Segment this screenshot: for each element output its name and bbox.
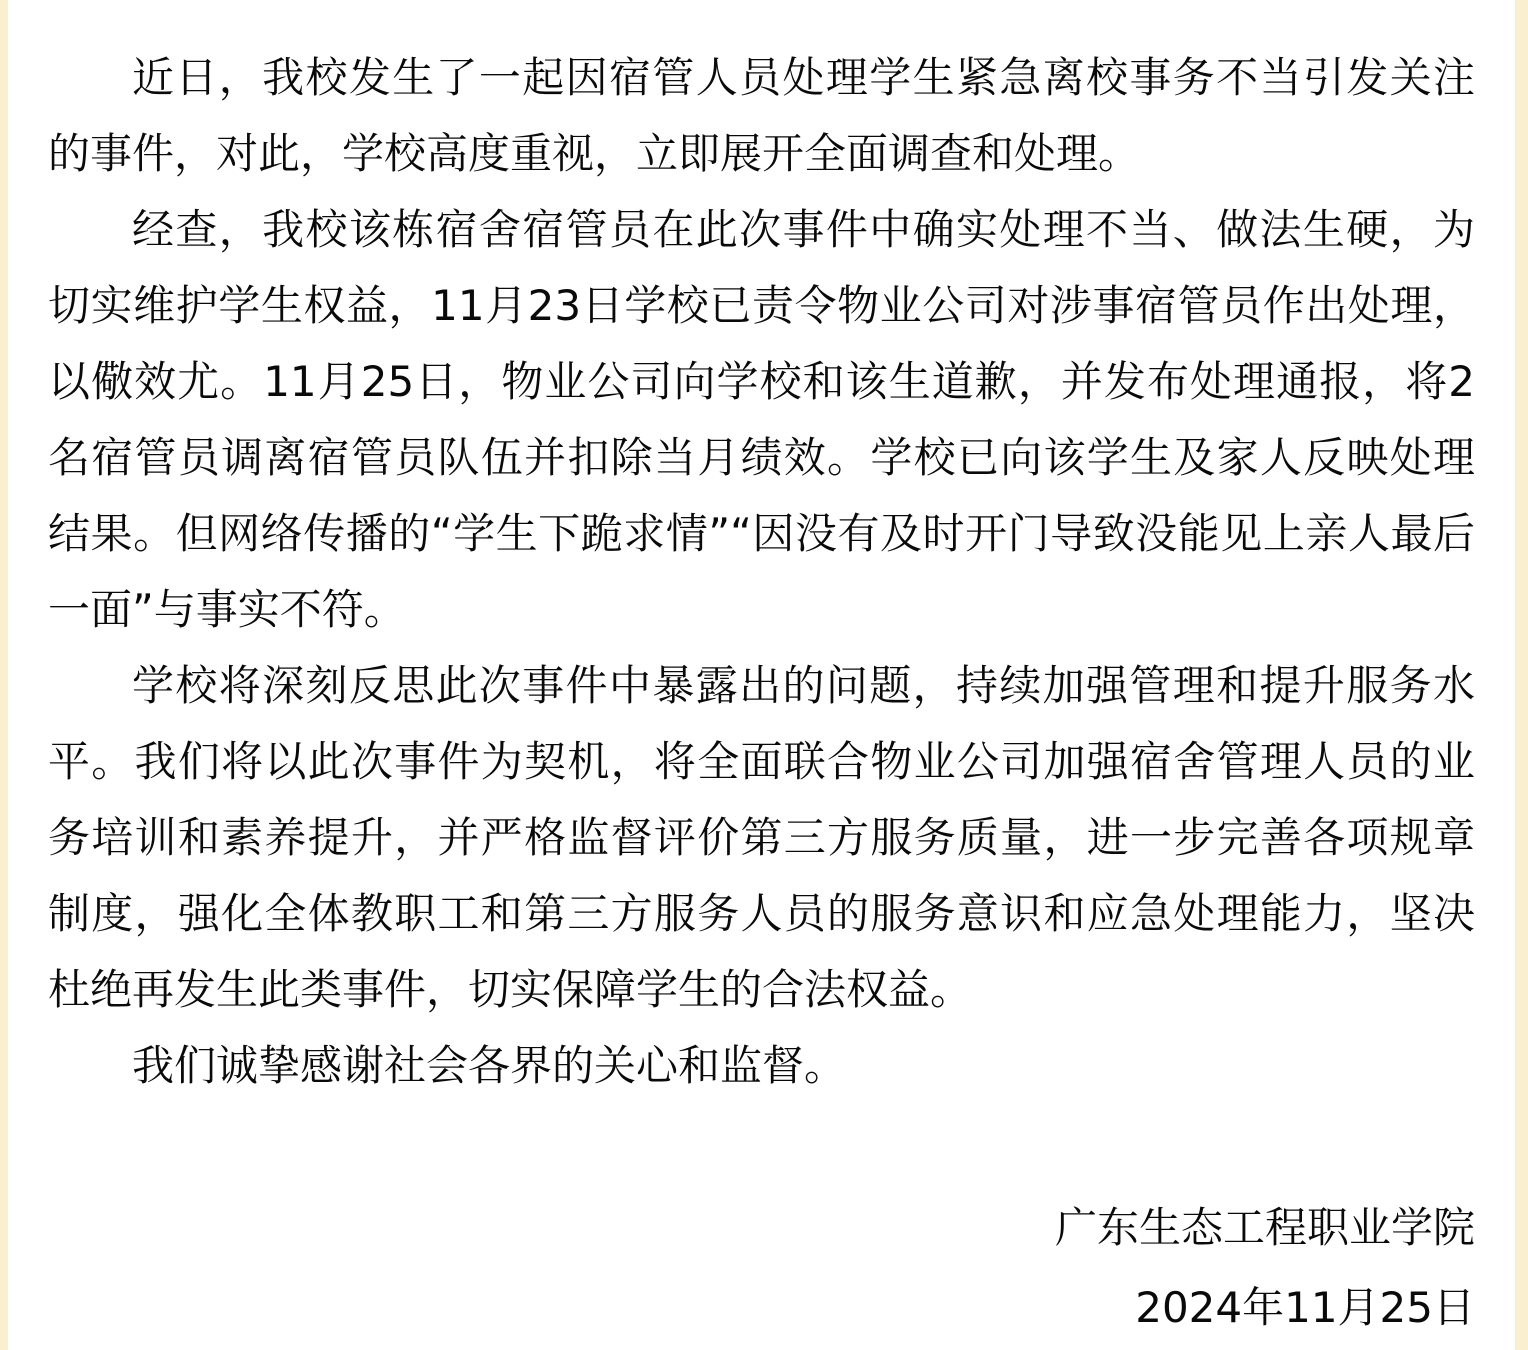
paragraph-investigation-result: 经查，我校该栋宿舍宿管员在此次事件中确实处理不当、做法生硬，为切实维护学生权益，… (48, 192, 1475, 648)
paragraph-incident-intro: 近日，我校发生了一起因宿管人员处理学生紧急离校事务不当引发关注的事件，对此，学校… (48, 40, 1475, 192)
right-edge-strip (1515, 0, 1528, 1350)
notice-body: 近日，我校发生了一起因宿管人员处理学生紧急离校事务不当引发关注的事件，对此，学校… (8, 0, 1515, 1348)
date: 2024年11月25日 (48, 1268, 1475, 1348)
left-edge-strip (0, 0, 8, 1350)
closing-block: 广东生态工程职业学院 2024年11月25日 (48, 1188, 1475, 1348)
notice-page: 近日，我校发生了一起因宿管人员处理学生紧急离校事务不当引发关注的事件，对此，学校… (0, 0, 1528, 1350)
paragraph-thanks: 我们诚挚感谢社会各界的关心和监督。 (48, 1028, 1475, 1104)
signature: 广东生态工程职业学院 (48, 1188, 1475, 1268)
paragraph-improvement-measures: 学校将深刻反思此次事件中暴露出的问题，持续加强管理和提升服务水平。我们将以此次事… (48, 648, 1475, 1028)
